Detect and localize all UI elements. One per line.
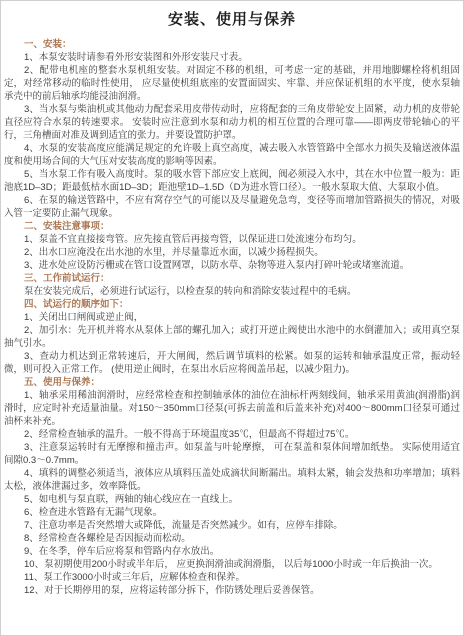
document-body: 一、安装：1、本泵安装时请参看外形安装图和外形安装尺寸表。2、配带电机座的整套水… [1,38,463,597]
section-1-paragraph-4: 4、水泵的安装高度应能满足规定的允许吸上真空高度，减去吸入水管管路中全部水力损失… [4,142,460,168]
section-2-paragraph-3: 3、进水处应设防污栅或在管口设置网罩，以防水草、杂物等进入泵内打碎叶轮或堵塞流道… [4,259,460,272]
section-3-paragraph-1: 泵在安装完成后，必须进行试运行，以检查泵的转向和消除安装过程中的毛病。 [4,285,460,298]
section-2-paragraph-1: 1、泵盖不宜直接接弯管。应先接直管后再接弯管，以保证进口处流速分布均匀。 [4,233,460,246]
section-heading-1: 一、安装： [4,38,460,51]
section-5-paragraph-3: 3、注意泵运转时有无摩擦和撞击声。如泵盖与叶轮摩擦， 可在泵盖和泵体间增加纸垫。… [4,441,460,467]
section-5-paragraph-8: 8、经常检查各螺栓是否因振动而松动。 [4,532,460,545]
section-1-paragraph-2: 2、配带电机座的整套水泵机组安装。对固定不移的机组，可考虑一定的基础，并用地脚螺… [4,64,460,103]
document-page: 安装、使用与保养 一、安装：1、本泵安装时请参看外形安装图和外形安装尺寸表。2、… [0,0,464,636]
section-1-paragraph-3: 3、当水泵与柴油机或其他动力配套采用皮带传动时，应将配套的三角皮带轮安上固紧，动… [4,103,460,142]
section-2-paragraph-2: 2、出水口应淹没在出水池的水里，并尽量靠近水面，以减少扬程损失。 [4,246,460,259]
section-heading-5: 五、使用与保养： [4,376,460,389]
section-heading-4: 四、试运行的顺序如下： [4,298,460,311]
section-5-paragraph-6: 6、检查进水管路有无漏气现象。 [4,506,460,519]
section-heading-3: 三、工作前试运行： [4,272,460,285]
section-5-paragraph-4: 4、填料的调整必须适当，液体应从填料压盖处成滴状间断漏出。填料太紧，轴会发热和功… [4,467,460,493]
section-5-paragraph-12: 12、对于长期停用的泵，应将运转部分拆下，作防锈处理后妥善保管。 [4,584,460,597]
section-5-paragraph-1: 1、轴承采用稀油润滑时，应经常检查和控制轴承体的油位在油标杆两刻线间，轴承采用黄… [4,389,460,428]
section-1-paragraph-6: 6、在泵的输送管路中，不应有窝存空气的可能以及尽量避免急弯，变径等而增加管路损失… [4,194,460,220]
section-5-paragraph-5: 5、如电机与泵直联，两轴的轴心线应在一直线上。 [4,493,460,506]
section-1-paragraph-1: 1、本泵安装时请参看外形安装图和外形安装尺寸表。 [4,51,460,64]
section-heading-2: 二、安装注意事项： [4,220,460,233]
section-5-paragraph-7: 7、注意功率是否突然增大或降低，流量是否突然减少。如有，应停车排除。 [4,519,460,532]
section-5-paragraph-9: 9、在冬季，停车后应将泵和管路内存水放出。 [4,545,460,558]
section-4-paragraph-1: 1、关闭出口闸阀或逆止阀， [4,311,460,324]
section-5-paragraph-2: 2、经常检查轴承的温升。一般不得高于环境温度35℃，但最高不得超过75℃。 [4,428,460,441]
section-1-paragraph-5: 5、当水泵工作有吸入高度时。泵的吸水管下部应安上底阀，阀必须浸入水中，其在水中位… [4,168,460,194]
section-4-paragraph-3: 3、查动力机达到正常转速后，开大闸阀，然后调节填料的松紧。如泵的运转和轴承温度正… [4,350,460,376]
document-title: 安装、使用与保养 [1,8,463,29]
section-5-paragraph-10: 10、泵初期使用200小时或半年后， 应更换润滑油或润滑脂， 以后每1000小时… [4,558,460,571]
section-5-paragraph-11: 11、泵工作3000小时或三年后，应解体检查和保养。 [4,571,460,584]
section-4-paragraph-2: 2、加引水：先开机并将水从泵体上部的螺孔加入；或打开逆止阀使出水池中的水倒灌加入… [4,324,460,350]
